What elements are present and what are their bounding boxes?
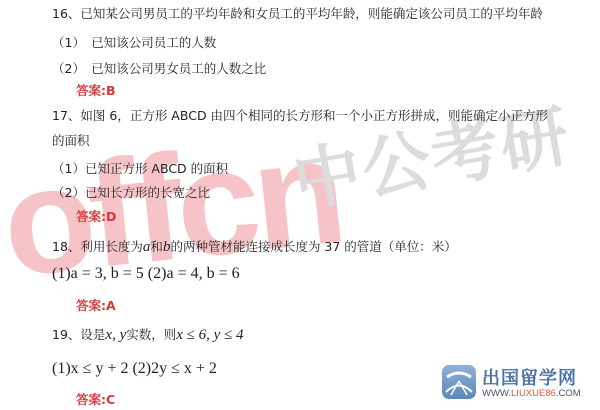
logo-url: WWW.LIUXUE86.COM [482,388,581,399]
question-16-condition-1: （1） 已知该公司员工的人数 [52,35,216,51]
question-17-condition-1: （1）已知正方形 ABCD 的面积 [52,161,228,177]
question-17-answer: 答案:D [76,209,116,225]
question-17-stem-cont: 的面积 [52,133,90,149]
question-16-stem: 16、已知某公司男员工的平均年龄和女员工的平均年龄，则能确定该公司员工的平均年龄 [52,6,543,22]
question-19-stem: 19、设是x, y实数，则x ≤ 6, y ≤ 4 [52,327,244,343]
question-18-conditions: (1)a = 3, b = 5 (2)a = 4, b = 6 [52,266,240,282]
question-18-stem: 18、利用长度为a和b的两种管材能连接成长度为 37 的管道（单位：米） [52,239,457,255]
question-16-answer: 答案:B [76,83,116,99]
logo-title: 出国留学网 [482,364,577,390]
liuxue86-logo: 出国留学网 WWW.LIUXUE86.COM [442,363,592,405]
question-19-answer: 答案:C [76,392,115,408]
question-16-condition-2: （2） 已知该公司男女员工的人数之比 [52,61,266,77]
question-19-conditions: (1)x ≤ y + 2 (2)2y ≤ x + 2 [52,361,217,377]
question-17-stem: 17、如图 6，正方形 ABCD 由四个相同的长方形和一个小正方形拼成，则能确定… [52,108,548,124]
globe-cap-icon [442,365,476,399]
question-17-condition-2: （2）已知长方形的长宽之比 [52,185,210,201]
question-18-answer: 答案:A [76,298,116,314]
